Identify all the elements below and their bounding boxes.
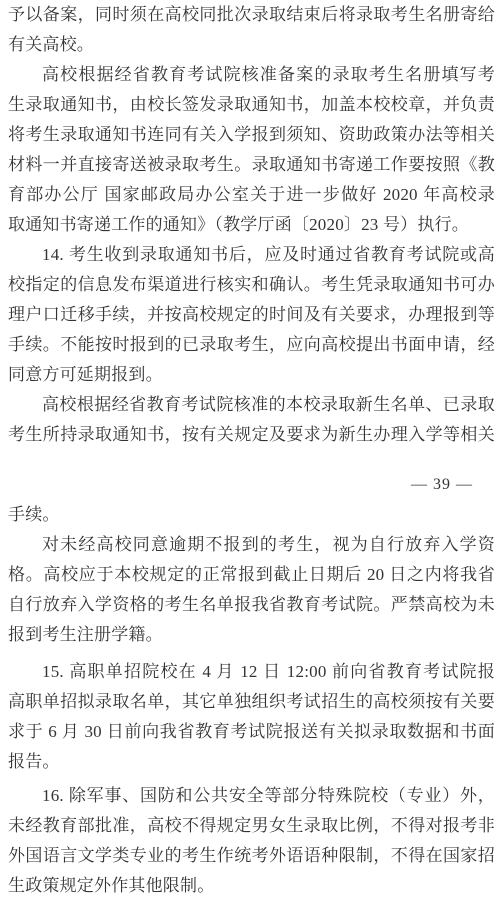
text-line: 16. 除军事、国防和公共安全等部分特殊院校（专业）外，	[8, 781, 495, 811]
text-line: 15. 高职单招院校在 4 月 12 日 12:00 前向省教育考试院报	[8, 657, 495, 687]
text-line: 求于 6 月 30 日前向我省教育考试院报送有关拟录取数据和书面	[8, 717, 495, 747]
text-line: 考生所持录取通知书，按有关规定及要求为新生办理入学等相关	[8, 420, 495, 450]
text-line: 将考生录取通知书连同有关入学报到须知、资助政策办法等相关	[8, 120, 495, 150]
text-line: 外国语言文学类专业的考生作统考外语语种限制，不得在国家招	[8, 841, 495, 871]
text-line: 校指定的信息发布渠道进行核实和确认。考生凭录取通知书可办	[8, 270, 495, 300]
text-line: 高职单招拟录取名单，其它单独组织考试招生的高校须按有关要	[8, 687, 495, 717]
text-line: 生录取通知书，由校长签发录取通知书，加盖本校校章，并负责	[8, 90, 495, 120]
page-40-text: 手续。对未经高校同意逾期不报到的考生，视为自行放弃入学资格。高校应于本校规定的正…	[8, 500, 495, 901]
text-line: 有关高校。	[8, 30, 495, 60]
text-line: 手续。不能按时报到的已录取考生，应向高校提出书面申请，经	[8, 330, 495, 360]
text-line: 报到考生注册学籍。	[8, 620, 495, 650]
page-number: — 39 —	[8, 470, 495, 500]
text-line: 格。高校应于本校规定的正常报到截止日期后 20 日之内将我省	[8, 560, 495, 590]
text-line: 14. 考生收到录取通知书后，应及时通过省教育考试院或高	[8, 240, 495, 270]
text-line: 对未经高校同意逾期不报到的考生，视为自行放弃入学资	[8, 530, 495, 560]
text-line: 高校根据经省教育考试院核准备案的录取考生名册填写考	[8, 60, 495, 90]
text-line: 生政策规定外作其他限制。	[8, 871, 495, 901]
text-line: 高校根据经省教育考试院核准的本校录取新生名单、已录取	[8, 390, 495, 420]
text-line: 未经教育部批准，高校不得规定男女生录取比例，不得对报考非	[8, 811, 495, 841]
text-line: 同意方可延期报到。	[8, 360, 495, 390]
text-line: 报告。	[8, 747, 495, 777]
text-line: 予以备案，同时须在高校同批次录取结束后将录取考生名册寄给	[8, 0, 495, 30]
text-line: 育部办公厅 国家邮政局办公室关于进一步做好 2020 年高校录	[8, 180, 495, 210]
text-line: 手续。	[8, 500, 495, 530]
document-page: 予以备案，同时须在高校同批次录取结束后将录取考生名册寄给有关高校。高校根据经省教…	[0, 0, 503, 901]
text-line: 取通知书寄递工作的通知》（教学厅函〔2020〕23 号）执行。	[8, 210, 495, 240]
text-line: 自行放弃入学资格的考生名单报我省教育考试院。严禁高校为未	[8, 590, 495, 620]
text-line: 材料一并直接寄送被录取考生。录取通知书寄递工作要按照《教	[8, 150, 495, 180]
page-39-text: 予以备案，同时须在高校同批次录取结束后将录取考生名册寄给有关高校。高校根据经省教…	[8, 0, 495, 450]
text-line: 理户口迁移手续，并按高校规定的时间及有关要求，办理报到等	[8, 300, 495, 330]
